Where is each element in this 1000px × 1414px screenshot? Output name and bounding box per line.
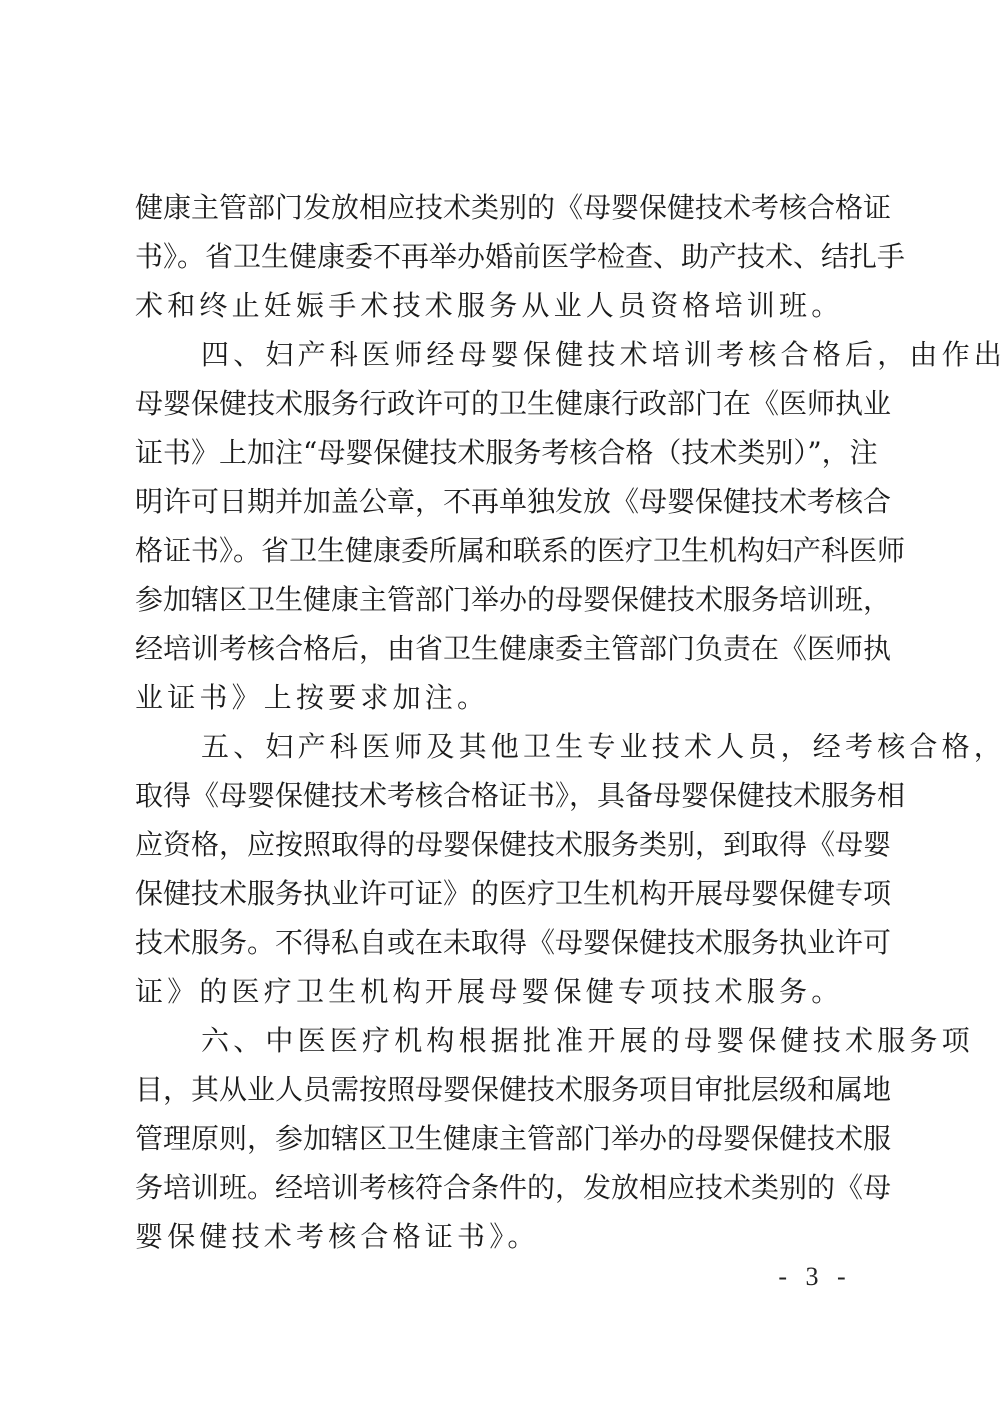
document-body: 健康主管部门发放相应技术类别的《母婴保健技术考核合格证 书》。省卫生健康委不再举… [135,183,865,1261]
text-line: 经培训考核合格后，由省卫生健康委主管部门负责在《医师执 [135,624,863,673]
text-line: 应资格，应按照取得的母婴保健技术服务类别，到取得《母婴 [135,820,863,869]
text-line: 六、中医医疗机构根据批准开展的母婴保健技术服务项 [135,1016,865,1065]
text-line: 保健技术服务执业许可证》的医疗卫生机构开展母婴保健专项 [135,869,863,918]
text-line: 证书》上加注“母婴保健技术服务考核合格（技术类别）”，注 [135,428,863,477]
document-page: 健康主管部门发放相应技术类别的《母婴保健技术考核合格证 书》。省卫生健康委不再举… [0,0,1000,1414]
text-line: 参加辖区卫生健康主管部门举办的母婴保健技术服务培训班， [135,575,863,624]
text-line: 明许可日期并加盖公章，不再单独发放《母婴保健技术考核合 [135,477,863,526]
paragraph-item-4: 四、妇产科医师经母婴保健技术培训考核合格后，由作出 母婴保健技术服务行政许可的卫… [135,330,865,722]
text-line: 证》的医疗卫生机构开展母婴保健专项技术服务。 [135,967,865,1016]
text-line: 务培训班。经培训考核符合条件的，发放相应技术类别的《母 [135,1163,863,1212]
text-line: 管理原则，参加辖区卫生健康主管部门举办的母婴保健技术服 [135,1114,863,1163]
text-line: 目，其从业人员需按照母婴保健技术服务项目审批层级和属地 [135,1065,863,1114]
text-line: 书》。省卫生健康委不再举办婚前医学检查、助产技术、结扎手 [135,232,863,281]
text-line: 技术服务。不得私自或在未取得《母婴保健技术服务执业许可 [135,918,863,967]
text-line: 五、妇产科医师及其他卫生专业技术人员，经考核合格， [135,722,865,771]
paragraph-item-5: 五、妇产科医师及其他卫生专业技术人员，经考核合格， 取得《母婴保健技术考核合格证… [135,722,865,1016]
text-line: 健康主管部门发放相应技术类别的《母婴保健技术考核合格证 [135,183,863,232]
text-line: 术和终止妊娠手术技术服务从业人员资格培训班。 [135,281,865,330]
text-line: 四、妇产科医师经母婴保健技术培训考核合格后，由作出 [135,330,865,379]
text-line: 取得《母婴保健技术考核合格证书》，具备母婴保健技术服务相 [135,771,863,820]
text-line: 格证书》。省卫生健康委所属和联系的医疗卫生机构妇产科医师 [135,526,863,575]
paragraph-item-6: 六、中医医疗机构根据批准开展的母婴保健技术服务项 目，其从业人员需按照母婴保健技… [135,1016,865,1261]
paragraph-continuation: 健康主管部门发放相应技术类别的《母婴保健技术考核合格证 书》。省卫生健康委不再举… [135,183,865,330]
page-number: - 3 - [770,1262,860,1292]
text-line: 婴保健技术考核合格证书》。 [135,1212,865,1261]
text-line: 业证书》上按要求加注。 [135,673,865,722]
text-line: 母婴保健技术服务行政许可的卫生健康行政部门在《医师执业 [135,379,863,428]
